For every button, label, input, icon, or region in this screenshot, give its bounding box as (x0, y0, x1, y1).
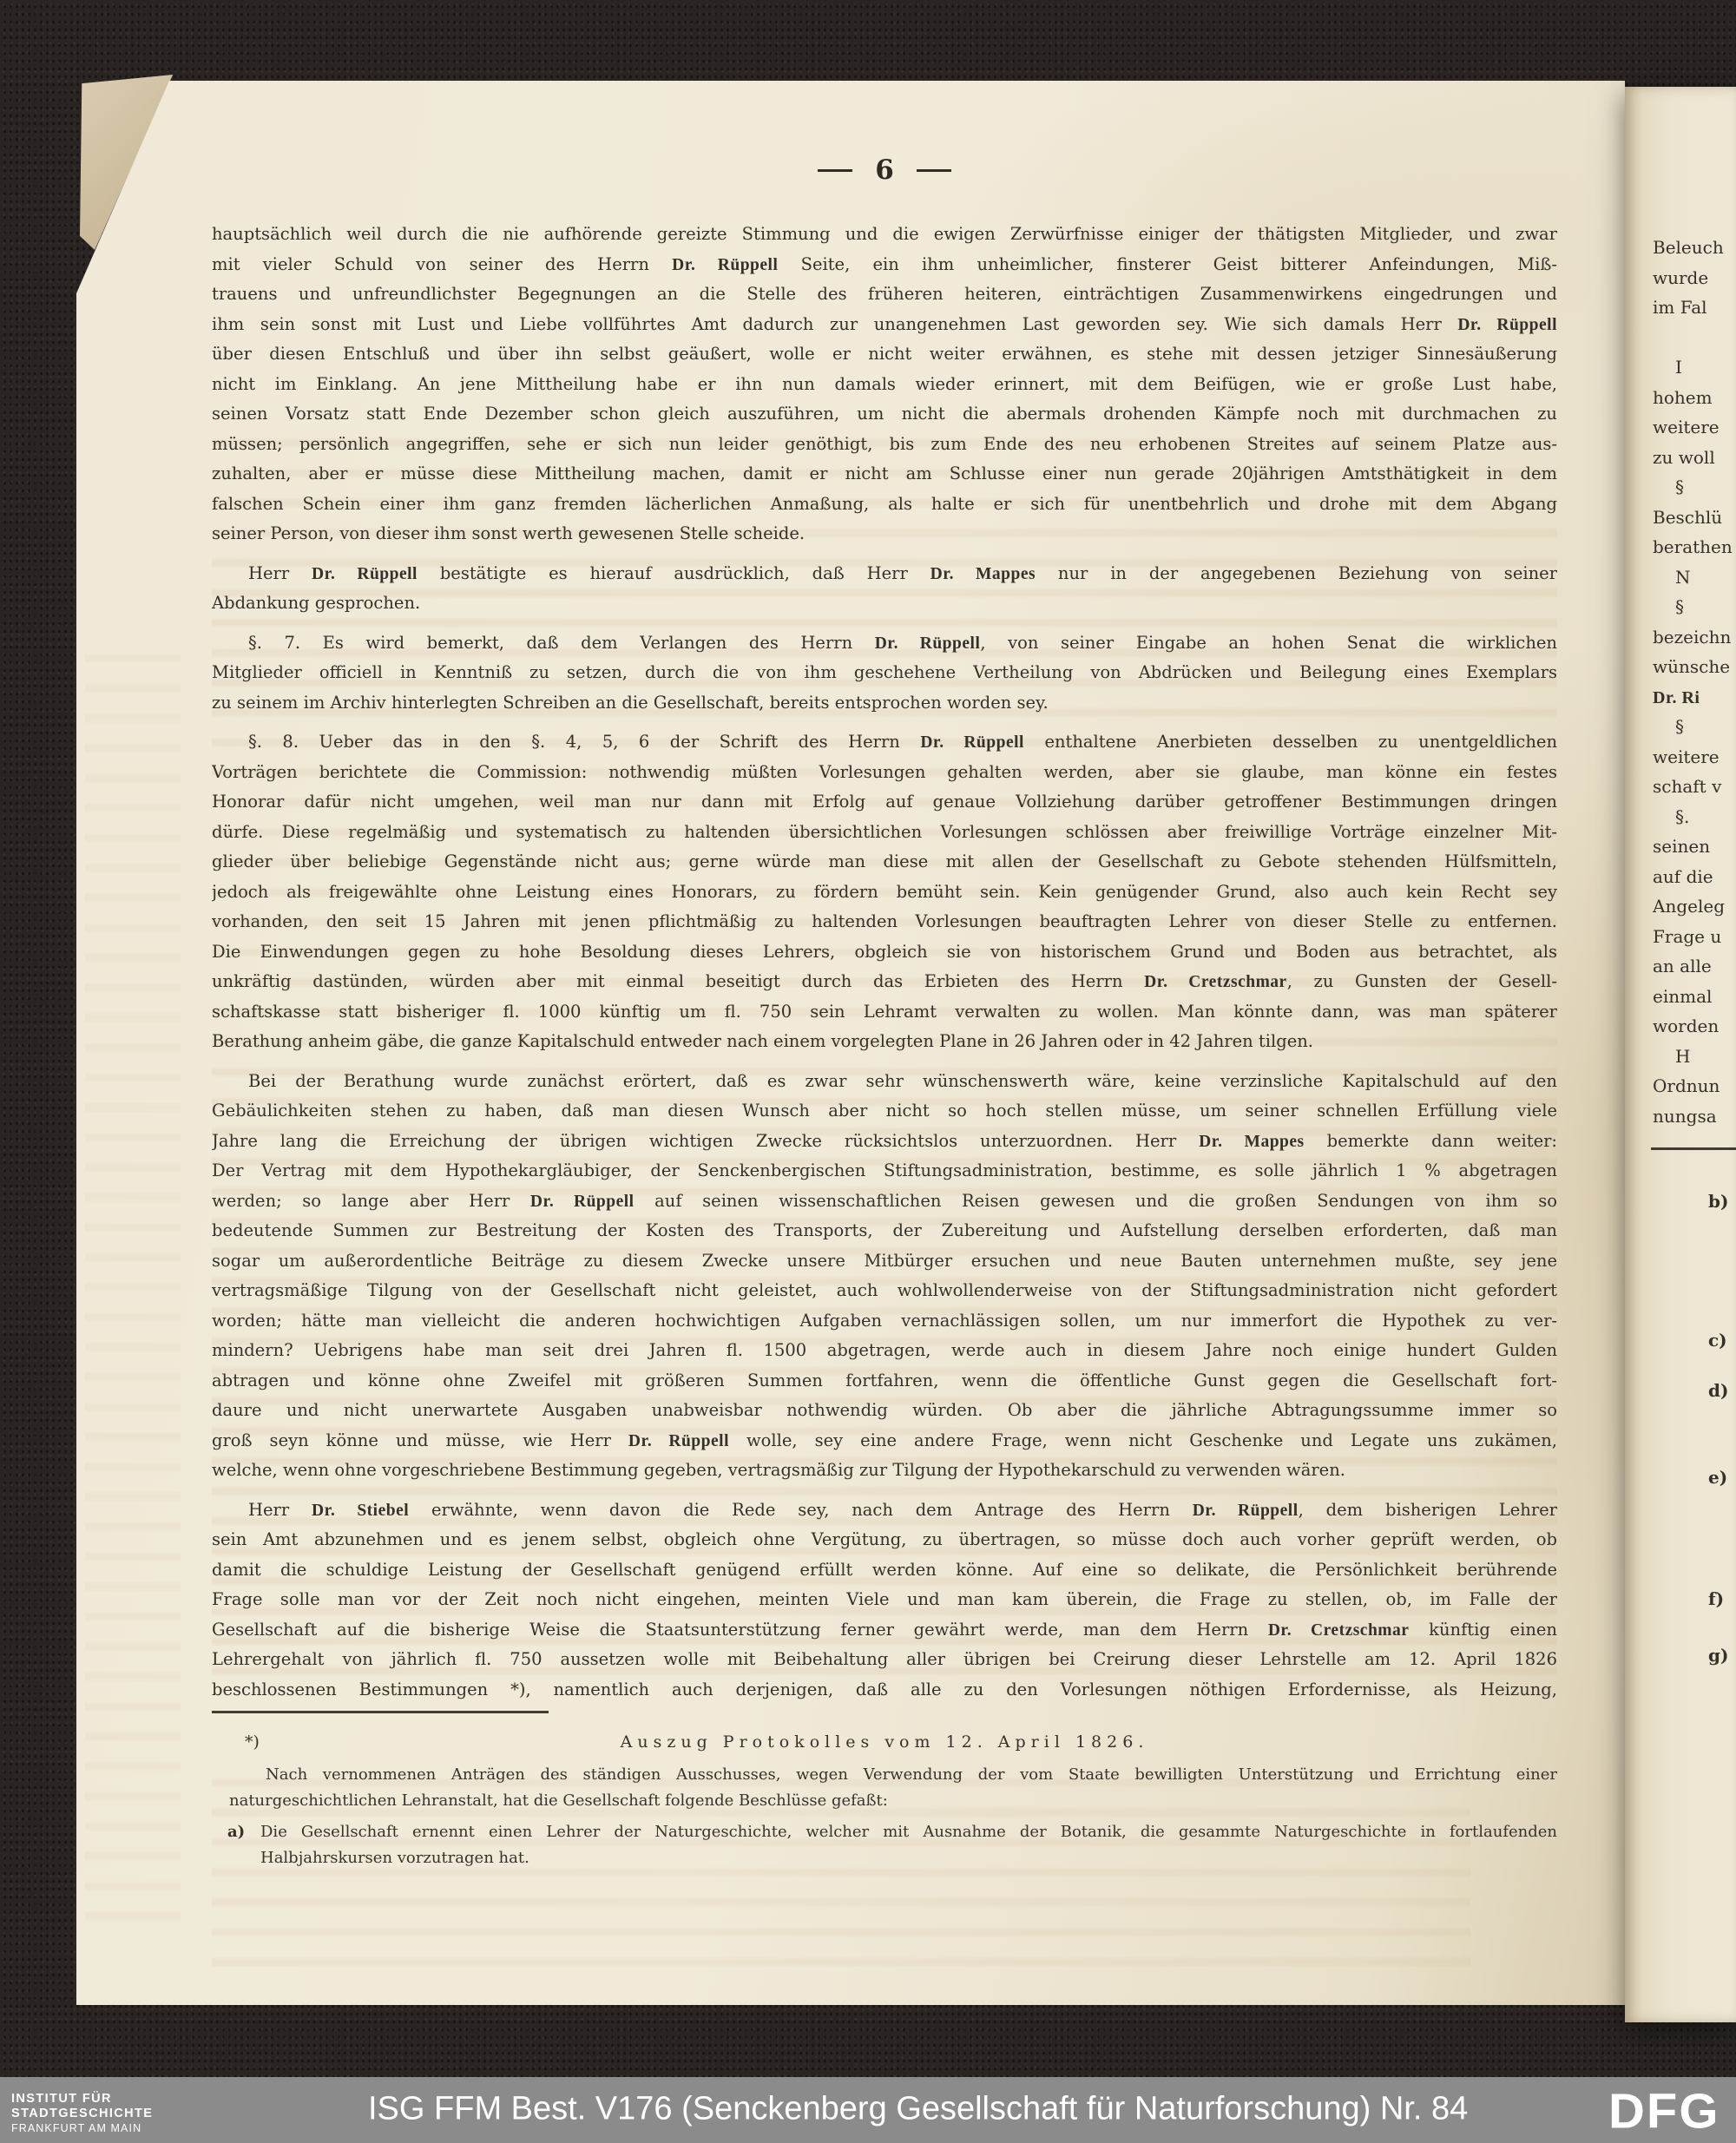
right-page-text-line: § (1653, 592, 1736, 622)
right-page-text-line: Beschlü (1653, 503, 1736, 533)
dfg-logo: DFG (1608, 2087, 1720, 2137)
footnote-marker: *) (245, 1729, 260, 1755)
text-line: Frage solle man vor der Zeit noch nicht … (212, 1585, 1557, 1615)
footnote-line: Halbjahrskursen vorzutragen hat. (260, 1845, 1557, 1871)
text-line: zuhalten, aber er müsse diese Mittheilun… (212, 459, 1557, 490)
text-line: mindern? Uebrigens habe man seit drei Ja… (212, 1336, 1557, 1366)
right-page-text-line: § (1653, 472, 1736, 503)
text-line: sogar um außerordentliche Beiträge zu di… (212, 1246, 1557, 1277)
right-page-text-line: Dr. Ri (1653, 682, 1736, 713)
footnote-heading: Auszug Protokolles vom 12. April 1826. (212, 1729, 1557, 1755)
right-page-text-line: im Fal (1653, 293, 1736, 323)
right-page-text-line: worden (1653, 1011, 1736, 1042)
text-line: trauens und unfreundlichster Begegnungen… (212, 279, 1557, 310)
right-page-text-line: bezeichn (1653, 622, 1736, 653)
footnote-intro: Nach vernommenen Anträgen des ständigen … (212, 1762, 1557, 1814)
right-footnote-item-label: c) (1708, 1330, 1727, 1351)
text-line: Lehrergehalt von jährlich fl. 750 ausset… (212, 1645, 1557, 1675)
text-line: hauptsächlich weil durch die nie aufhöre… (212, 220, 1557, 250)
text-line: Honorar dafür nicht umgehen, weil man nu… (212, 787, 1557, 818)
right-page-text-line (1653, 323, 1736, 353)
text-line: Die Einwendungen gegen zu hohe Besoldung… (212, 937, 1557, 968)
right-footnote-separator-rule (1651, 1147, 1736, 1150)
right-page-text-line: auf die (1653, 862, 1736, 892)
ink-bleedthrough (85, 636, 181, 1938)
text-line: abtragen und könne ohne Zweifel mit größ… (212, 1366, 1557, 1397)
right-page-text-line: Ordnun (1653, 1071, 1736, 1101)
text-line: dürfe. Diese regelmäßig und systematisch… (212, 818, 1557, 848)
text-line: Berathung anheim gäbe, die ganze Kapital… (212, 1027, 1557, 1057)
right-footnote-item-label: f) (1708, 1588, 1724, 1609)
text-line: unkräftig dastünden, würden aber mit ein… (212, 967, 1557, 997)
right-footnote-item-label: e) (1708, 1467, 1727, 1488)
text-line: bedeutende Summen zur Bestreitung der Ko… (212, 1216, 1557, 1246)
institute-logo-line2: STADTGESCHICHTE (11, 2107, 153, 2121)
body-text: hauptsächlich weil durch die nie aufhöre… (212, 220, 1557, 1705)
text-line: §. 7. Es wird bemerkt, daß dem Verlangen… (212, 628, 1557, 659)
text-line: Gebäulichkeiten stehen zu haben, daß man… (212, 1096, 1557, 1127)
right-page-text-line: § (1653, 712, 1736, 742)
text-line: Herr Dr. Stiebel erwähnte, wenn davon di… (212, 1495, 1557, 1526)
right-page-text-line: Frage u (1653, 922, 1736, 952)
right-page-text-line: Angeleg (1653, 891, 1736, 922)
text-line: über diesen Entschluß und über ihn selbs… (212, 339, 1557, 370)
text-line: jedoch als freigewählte ohne Leistung ei… (212, 878, 1557, 908)
text-line: worden; hätte man vielleicht die anderen… (212, 1306, 1557, 1337)
text-line: müssen; persönlich angegriffen, sehe er … (212, 430, 1557, 460)
text-line: falschen Schein einer ihm ganz fremden l… (212, 490, 1557, 520)
footnote-items: a)Die Gesellschaft ernennt einen Lehrer … (212, 1819, 1557, 1871)
viewer-footer-bar: INSTITUT FÜR STADTGESCHICHTE FRANKFURT A… (0, 2077, 1736, 2143)
institute-logo: INSTITUT FÜR STADTGESCHICHTE FRANKFURT A… (11, 2092, 153, 2136)
footnote-item: a)Die Gesellschaft ernennt einen Lehrer … (212, 1819, 1557, 1871)
right-footnote-item-label: g) (1708, 1645, 1728, 1666)
text-line: Bei der Berathung wurde zunächst erörter… (212, 1067, 1557, 1097)
right-footnote-item-label: d) (1708, 1380, 1728, 1401)
right-footnote-item-label: b) (1708, 1191, 1728, 1212)
right-page-text-line: N (1653, 562, 1736, 593)
text-line: beschlossenen Bestimmungen *), namentlic… (212, 1675, 1557, 1706)
right-page-text-fragments: Beleuchwurdeim FalIhohemweiterezu woll§B… (1653, 233, 1736, 1131)
text-line: seinen Vorsatz statt Ende Dezember schon… (212, 399, 1557, 430)
text-line: Gesellschaft auf die bisherige Weise die… (212, 1615, 1557, 1646)
text-line: Jahre lang die Erreichung der übrigen wi… (212, 1127, 1557, 1157)
text-line: daure und nicht unerwartete Ausgaben una… (212, 1396, 1557, 1426)
right-page-text-line: schaft v (1653, 772, 1736, 802)
right-page-text-line: berathen (1653, 532, 1736, 562)
footnote-line: Nach vernommenen Anträgen des ständigen … (212, 1762, 1557, 1788)
right-page-text-line: einmal (1653, 982, 1736, 1012)
scanned-page-left: 6 hauptsächlich weil durch die nie aufhö… (76, 81, 1625, 2005)
page-number-header: 6 (212, 157, 1557, 184)
right-page-text-line: hohem (1653, 383, 1736, 413)
text-line: Der Vertrag mit dem Hypothekargläubiger,… (212, 1156, 1557, 1187)
right-page-text-line: an alle (1653, 951, 1736, 982)
text-line: zu seinem im Archiv hinterlegten Schreib… (212, 688, 1557, 719)
footnote-line: naturgeschichtlichen Lehranstalt, hat di… (212, 1788, 1557, 1814)
footnote-separator-rule (212, 1711, 549, 1713)
institute-logo-line1: INSTITUT FÜR (11, 2092, 153, 2107)
right-page-text-line: weitere (1653, 742, 1736, 772)
text-line: werden; so lange aber Herr Dr. Rüppell a… (212, 1187, 1557, 1217)
text-line: Vorträgen berichtete die Commission: not… (212, 758, 1557, 788)
header-dash-left (818, 169, 852, 172)
right-page-text-line: nungsa (1653, 1101, 1736, 1132)
right-page-text-line: §. (1653, 802, 1736, 832)
text-line: ihm sein sonst mit Lust und Liebe vollfü… (212, 310, 1557, 340)
text-line: schaftskasse statt bisheriger fl. 1000 k… (212, 997, 1557, 1028)
text-line: seiner Person, von dieser ihm sonst wert… (212, 519, 1557, 549)
right-page-text-line: wünsche (1653, 652, 1736, 682)
archive-reference-label: ISG FFM Best. V176 (Senckenberg Gesellsc… (368, 2091, 1468, 2128)
text-line: welche, wenn ohne vorgeschriebene Bestim… (212, 1456, 1557, 1486)
right-page-text-line: I (1653, 352, 1736, 383)
right-page-text-line: zu woll (1653, 443, 1736, 473)
text-line: §. 8. Ueber das in den §. 4, 5, 6 der Sc… (212, 727, 1557, 758)
scanned-page-right-sliver: Beleuchwurdeim FalIhohemweiterezu woll§B… (1625, 87, 1736, 2022)
right-page-text-line: Beleuch (1653, 233, 1736, 263)
archive-scan-viewer: 6 hauptsächlich weil durch die nie aufhö… (0, 0, 1736, 2143)
footnote-item-lines: Die Gesellschaft ernennt einen Lehrer de… (260, 1819, 1557, 1871)
text-line: nicht im Einklang. An jene Mittheilung h… (212, 370, 1557, 400)
text-line: Mitglieder officiell in Kenntniß zu setz… (212, 658, 1557, 688)
text-line: Abdankung gesprochen. (212, 588, 1557, 619)
text-line: sein Amt abzunehmen und es jenem selbst,… (212, 1525, 1557, 1555)
text-line: vertragsmäßige Tilgung von der Gesellsch… (212, 1276, 1557, 1306)
page-number: 6 (875, 157, 894, 184)
text-line: groß seyn könne und müsse, wie Herr Dr. … (212, 1426, 1557, 1456)
right-page-text-line: weitere (1653, 412, 1736, 443)
right-page-text-line: seinen (1653, 832, 1736, 862)
institute-logo-line3: FRANKFURT AM MAIN (11, 2121, 153, 2136)
right-page-text-line: H (1653, 1042, 1736, 1072)
footnote-line: Die Gesellschaft ernennt einen Lehrer de… (260, 1819, 1557, 1845)
footnote-heading-row: *) Auszug Protokolles vom 12. April 1826… (212, 1729, 1557, 1755)
text-line: glieder über beliebige Gegenstände nicht… (212, 847, 1557, 878)
footnote-item-label: a) (227, 1819, 260, 1871)
text-line: mit vieler Schuld von seiner des Herrn D… (212, 250, 1557, 280)
text-line: damit die schuldige Leistung der Gesells… (212, 1555, 1557, 1586)
footnote-block: *) Auszug Protokolles vom 12. April 1826… (212, 1711, 1557, 1871)
text-line: vorhanden, den seit 15 Jahren mit jenen … (212, 907, 1557, 937)
text-line: Herr Dr. Rüppell bestätigte es hierauf a… (212, 559, 1557, 589)
right-page-text-line: wurde (1653, 263, 1736, 293)
header-dash-right (917, 169, 951, 172)
